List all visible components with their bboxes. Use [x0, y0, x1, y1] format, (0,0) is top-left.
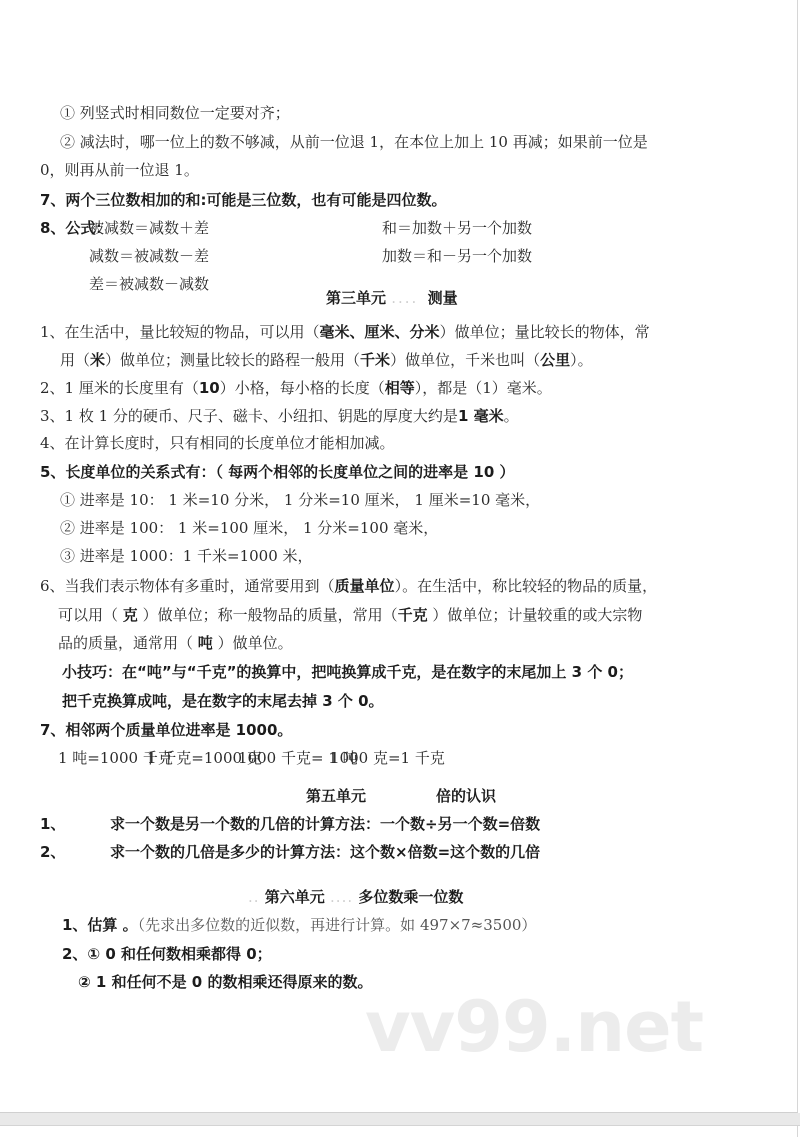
emphasis: 千米 — [360, 351, 390, 369]
text: 品的质量，通常用（ — [58, 634, 198, 652]
unit3-item2: 2、1 厘米的长度里有（10）小格，每小格的长度（相等），都是（1）毫米。 — [40, 378, 552, 398]
text: 3、1 枚 1 分的硬币、尺子、磁卡、小纽扣、钥匙的厚度大约是 — [40, 407, 458, 425]
unit3-item3: 3、1 枚 1 分的硬币、尺子、磁卡、小纽扣、钥匙的厚度大约是1 毫米。 — [40, 406, 519, 426]
unit5-item1-text: 求一个数是另一个数的几倍的计算方法：一个数÷另一个数=倍数 — [110, 814, 540, 834]
text: ）。 — [570, 351, 593, 369]
emphasis: 米 — [90, 351, 105, 369]
step-borrow-line1: ② 减法时，哪一位上的数不够减，从前一位退 1，在本位上加上 10 再减；如果前… — [60, 132, 648, 152]
unit3-item6-line2: 可以用（ 克 ）做单位；称一般物品的质量，常用（千克 ）做单位；计量较重的或大宗… — [58, 605, 642, 625]
unit5-item2-text: 求一个数的几倍是多少的计算方法：这个数×倍数=这个数的几倍 — [110, 842, 540, 862]
document-page: ① 列竖式时相同数位一定要对齐； ② 减法时，哪一位上的数不够减，从前一位退 1… — [0, 0, 798, 1113]
unit3-item6-line3: 品的质量，通常用（ 吨 ）做单位。 — [58, 633, 293, 653]
step-borrow-line2: 0，则再从前一位退 1。 — [40, 160, 199, 180]
page-gap — [0, 1113, 800, 1126]
formula-left-1: 被减数＝减数＋差 — [89, 218, 209, 238]
emphasis: 1、估算 。 — [62, 916, 138, 934]
unit6-item2-line2: ② 1 和任何不是 0 的数相乘还得原来的数。 — [78, 972, 372, 992]
text: 6、当我们表示物体有多重时，通常要用到（ — [40, 577, 335, 595]
text: 2、1 厘米的长度里有（ — [40, 379, 199, 397]
unit3-item1-line1: 1、在生活中，量比较短的物品，可以用（毫米、厘米、分米）做单位；量比较长的物体，… — [40, 322, 650, 342]
emphasis: 10 — [199, 379, 220, 397]
unit6-heading: .. 第六单元 .... 多位数乘一位数 — [248, 887, 463, 907]
unit5-item1-num: 1、 — [40, 814, 65, 834]
watermark: vv99.net — [365, 992, 703, 1062]
text: ）做单位；称一般物品的质量，常用（ — [138, 606, 398, 624]
formula-right-1: 和＝加数＋另一个加数 — [382, 218, 532, 238]
unit6-heading-dots: .... — [330, 888, 353, 906]
unit5-heading-title: 倍的认识 — [436, 786, 496, 806]
unit3-tip-line2: 把千克换算成吨，是在数字的末尾去掉 3 个 0。 — [62, 691, 384, 711]
unit5-heading-unit: 第五单元 — [306, 786, 366, 806]
text: ）小格，每小格的长度（ — [220, 379, 385, 397]
unit3-item5-sub-3: ③ 进率是 1000：1 千米=1000 米， — [60, 546, 313, 566]
unit3-item7: 7、相邻两个质量单位进率是 1000。 — [40, 720, 292, 740]
text: 1、在生活中，量比较短的物品，可以用（ — [40, 323, 320, 341]
step-align-digits: ① 列竖式时相同数位一定要对齐； — [60, 103, 290, 123]
unit3-heading-dots: .... — [391, 289, 418, 307]
emphasis: 公里 — [540, 351, 570, 369]
formula-left-3: 差＝被减数－减数 — [89, 274, 209, 294]
unit3-heading-title: 测量 — [428, 289, 458, 307]
text: 可以用（ — [58, 606, 123, 624]
unit6-heading-title: 多位数乘一位数 — [358, 888, 463, 906]
unit3-item5-sub-1: ① 进率是 10： 1 米=10 分米， 1 分米=10 厘米， 1 厘米=10… — [60, 490, 540, 510]
unit5-item2-num: 2、 — [40, 842, 65, 862]
unit6-heading-unit: 第六单元 — [265, 888, 325, 906]
unit6-heading-dots-left: .. — [248, 888, 260, 906]
text: ）。在生活中，称比较轻的物品的质量， — [395, 577, 658, 595]
conversion-4: 1000 克=1 千克 — [330, 748, 445, 768]
emphasis: 质量单位 — [335, 577, 395, 595]
emphasis: 吨 — [198, 634, 213, 652]
text: ）做单位；计量较重的或大宗物 — [428, 606, 643, 624]
item-three-digit-sum: 7、两个三位数相加的和:可能是三位数，也有可能是四位数。 — [40, 190, 446, 210]
text: 。 — [504, 407, 519, 425]
unit3-item5: 5、长度单位的关系式有：（ 每两个相邻的长度单位之间的进率是 10 ） — [40, 462, 514, 482]
unit6-item2-line1: 2、① 0 和任何数相乘都得 0； — [62, 944, 272, 964]
formula-right-2: 加数＝和－另一个加数 — [382, 246, 532, 266]
emphasis: 毫米、厘米、分米 — [320, 323, 440, 341]
formula-left-2: 减数＝被减数－差 — [89, 246, 209, 266]
emphasis: 相等 — [385, 379, 415, 397]
unit3-tip-line1: 小技巧：在“吨”与“千克”的换算中，把吨换算成千克，是在数字的末尾加上 3 个 … — [62, 662, 633, 682]
emphasis: 1 毫米 — [458, 407, 504, 425]
text: （先求出多位数的近似数，再进行计算。如 497×7≈3500） — [138, 916, 537, 934]
text: ）做单位；测量比较长的路程一般用（ — [105, 351, 360, 369]
unit3-heading-unit: 第三单元 — [326, 289, 386, 307]
text: ）做单位，千米也叫（ — [390, 351, 540, 369]
unit3-item6-line1: 6、当我们表示物体有多重时，通常要用到（质量单位）。在生活中，称比较轻的物品的质… — [40, 576, 657, 596]
unit3-item1-line2: 用（米）做单位；测量比较长的路程一般用（千米）做单位，千米也叫（公里）。 — [60, 350, 593, 370]
text: ），都是（1）毫米。 — [415, 379, 552, 397]
next-page-edge — [0, 1126, 798, 1137]
text: ）做单位。 — [213, 634, 293, 652]
unit3-heading: 第三单元 .... 测量 — [326, 288, 458, 308]
emphasis: 千克 — [398, 606, 428, 624]
text: ）做单位；量比较长的物体，常 — [440, 323, 650, 341]
unit3-item4: 4、在计算长度时，只有相同的长度单位才能相加减。 — [40, 433, 395, 453]
text: 用（ — [60, 351, 90, 369]
unit6-item1: 1、估算 。（先求出多位数的近似数，再进行计算。如 497×7≈3500） — [62, 915, 536, 935]
unit3-item5-sub-2: ② 进率是 100： 1 米=100 厘米， 1 分米=100 毫米， — [60, 518, 438, 538]
emphasis: 克 — [123, 606, 138, 624]
